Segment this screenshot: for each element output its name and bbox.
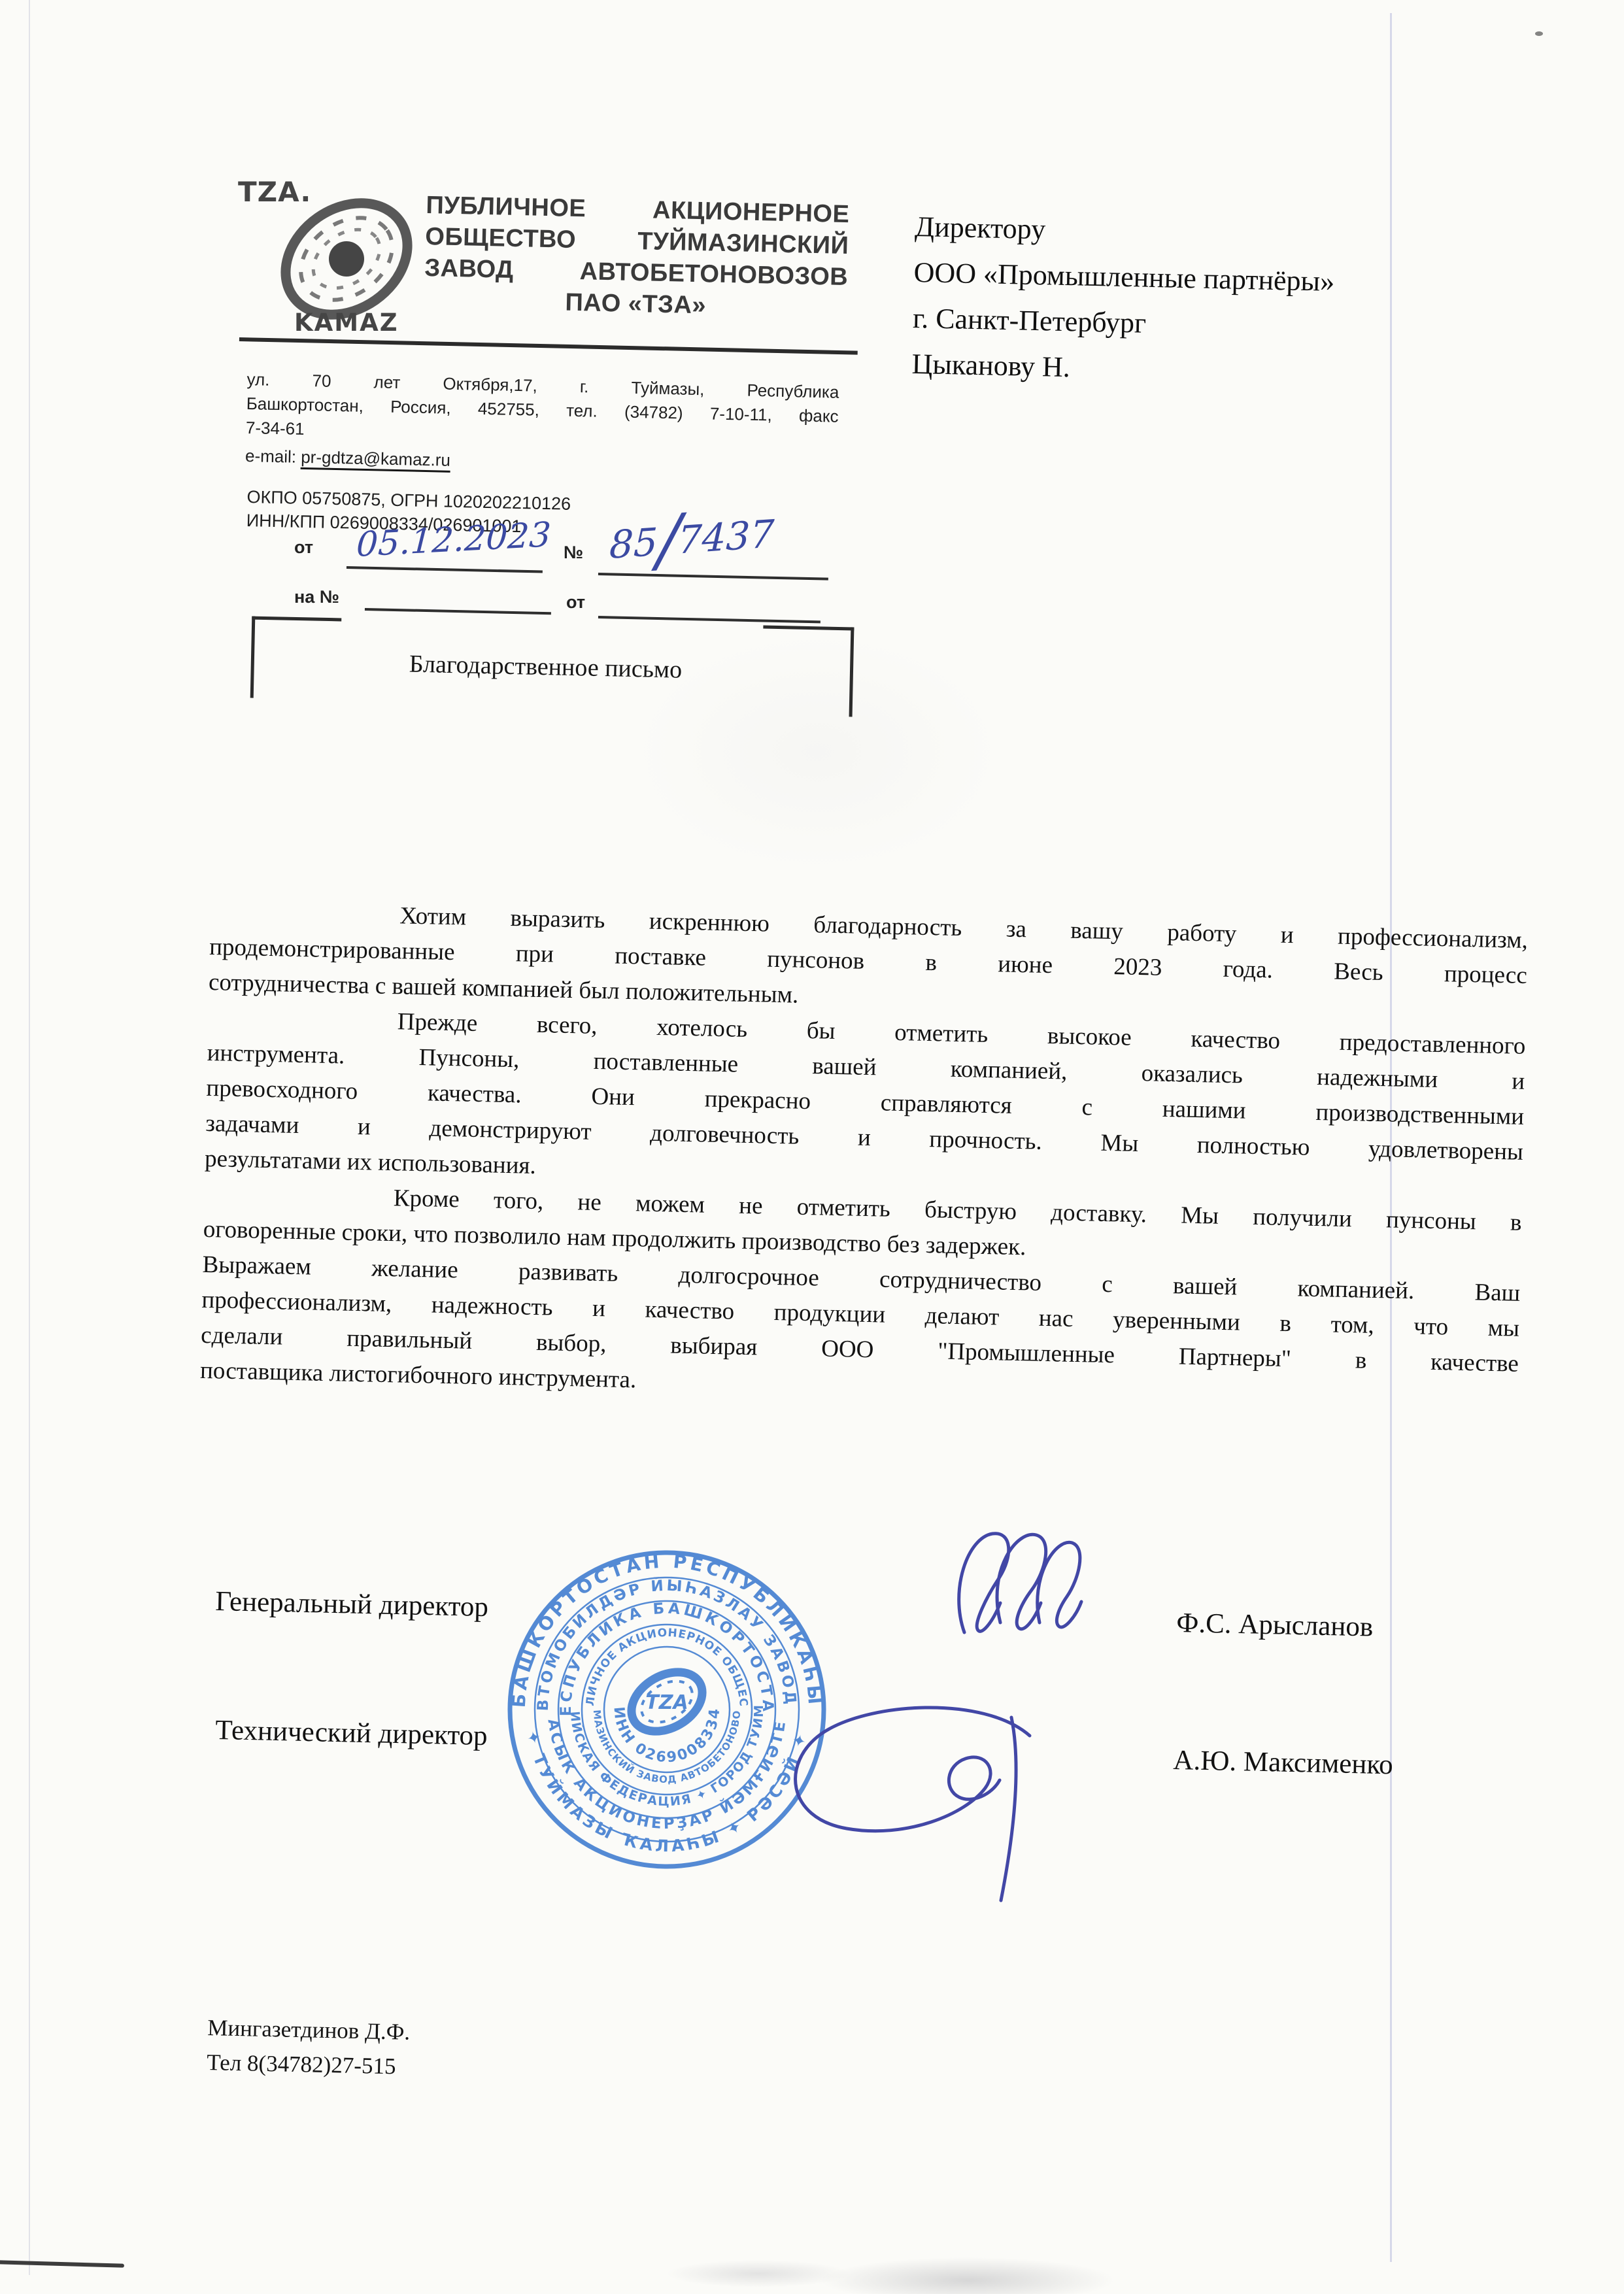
scanner-line-artifact-left — [29, 0, 30, 2275]
company-name: ПУБЛИЧНОЕ АКЦИОНЕРНОЕ ОБЩЕСТВО ТУЙМАЗИНС… — [424, 190, 850, 324]
signature-title-general-director: Генеральный директор — [215, 1585, 488, 1623]
stamp-center-logo-text: TZA — [645, 1691, 688, 1714]
subject-title: Благодарственное письмо — [392, 649, 700, 684]
signature-name-aryslanov: Ф.С. Арысланов — [1176, 1607, 1374, 1644]
stamp-center-logo-icon: TZA — [621, 1660, 713, 1743]
tza-kamaz-logo: TZA. KAMAZ — [237, 175, 433, 342]
recipient-block: Директору ООО «Промышленные партнёры» г.… — [911, 204, 1556, 401]
address-block: ул. 70 лет Октября,17, г. Туймазы, Респу… — [245, 367, 839, 481]
footer-phone: Тел 8(34782)27-515 — [207, 2045, 410, 2084]
signature-aryslanov-ink — [948, 1525, 1131, 1649]
svg-text:ИНН 0269008334: ИНН 0269008334 — [610, 1706, 723, 1766]
number-slash: / — [656, 499, 679, 581]
corner-bracket-left — [250, 616, 342, 700]
date-from-label: от — [294, 537, 313, 558]
kamaz-logo-text: KAMAZ — [294, 309, 399, 337]
on-number-label: на № — [294, 587, 339, 607]
date-underline — [347, 566, 543, 573]
footer-contact: Мингазетдинов Д.Ф. Тел 8(34782)27-515 — [207, 2010, 411, 2084]
signature-title-technical-director: Технический директор — [215, 1714, 488, 1752]
signature-name-maksimenko: А.Ю. Максименко — [1173, 1744, 1393, 1781]
tza-logo-text: TZA. — [238, 176, 311, 208]
letterhead-divider — [239, 337, 858, 355]
corner-bracket-right — [762, 626, 854, 717]
on-date-underline — [598, 616, 820, 623]
on-number-underline — [365, 608, 551, 615]
number-part: 7437 — [677, 511, 775, 563]
on-date-label: от — [566, 592, 585, 613]
scanned-letter-page: TZA. KAMAZ ПУБЛИЧНОЕ АКЦИОНЕРНОЕ ОБЩЕСТВ… — [0, 0, 1624, 2294]
scan-edge-mark — [0, 2260, 124, 2267]
signature-maksimenko-ink — [768, 1690, 1056, 1906]
number-part: 85 — [609, 520, 658, 567]
number-label: № — [564, 543, 583, 563]
handwritten-number: 85/7437 — [608, 492, 775, 584]
stamp-inn: ИНН 0269008334 — [610, 1706, 723, 1766]
footer-contact-name: Мингазетдинов Д.Ф. — [207, 2010, 411, 2049]
scan-speck — [1535, 31, 1543, 36]
email-label: e-mail: — [245, 446, 301, 467]
email-address: pr-gdtza@kamaz.ru — [301, 447, 450, 473]
letter-body: Хотим выразить искреннюю благодарность з… — [200, 894, 1529, 1417]
